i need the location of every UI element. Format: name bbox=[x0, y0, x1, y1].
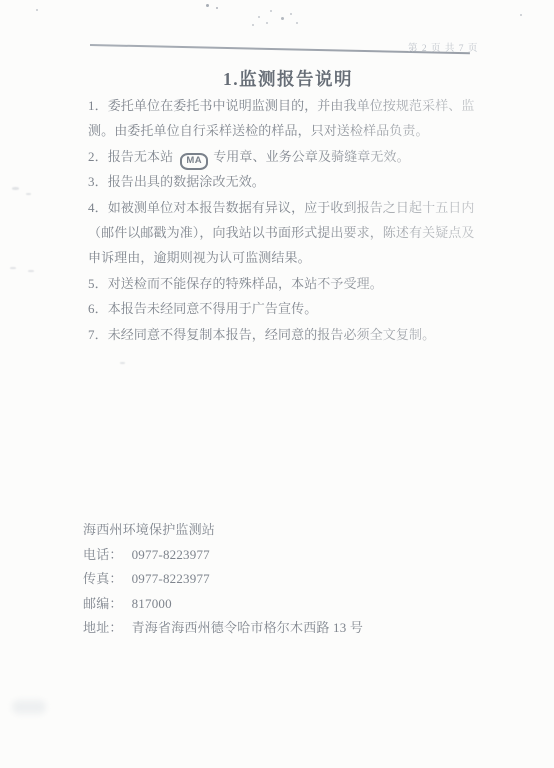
scan-speck bbox=[216, 7, 218, 9]
fax-label: 传真： bbox=[83, 571, 123, 586]
scanned-report-page: 第 2 页 共 7 页 1.监测报告说明 1．委托单位在委托书中说明监测目的，并… bbox=[0, 0, 554, 768]
scan-smudge bbox=[26, 193, 31, 195]
note-line: 申诉理由，逾期则视为认可监测结果。 bbox=[88, 245, 488, 270]
note-line: 测。由委托单位自行采样送检的样品，只对送检样品负责。 bbox=[88, 118, 488, 143]
report-notes-list: 1．委托单位在委托书中说明监测目的，并由我单位按规范采样、监 测。由委托单位自行… bbox=[88, 93, 488, 347]
scan-speck bbox=[290, 13, 292, 15]
note-line: 5．对送检而不能保存的特殊样品，本站不予受理。 bbox=[88, 271, 488, 296]
note-text-pre: 2．报告无本站 bbox=[88, 149, 173, 164]
fax-line: 传真：0977-8223977 bbox=[83, 567, 363, 592]
scan-speck bbox=[270, 10, 272, 12]
scan-speck bbox=[520, 14, 522, 16]
scan-speck bbox=[206, 4, 209, 7]
scan-smudge bbox=[10, 267, 16, 269]
postcode-value: 817000 bbox=[132, 596, 172, 611]
note-text-post: 专用章、业务公章及骑缝章无效。 bbox=[213, 149, 410, 164]
note-line: 3．报告出具的数据涂改无效。 bbox=[88, 169, 488, 194]
scan-shadow-patch bbox=[12, 700, 46, 714]
cma-mark-letters: MA bbox=[186, 155, 202, 166]
postcode-line: 邮编：817000 bbox=[83, 592, 363, 617]
contact-info: 海西州环境保护监测站 电话：0977-8223977 传真：0977-82239… bbox=[83, 518, 363, 641]
organization-name: 海西州环境保护监测站 bbox=[83, 518, 363, 543]
scan-speck bbox=[36, 9, 38, 11]
phone-line: 电话：0977-8223977 bbox=[83, 543, 363, 568]
phone-number: 0977-8223977 bbox=[132, 547, 210, 562]
scan-speck bbox=[281, 17, 284, 20]
note-line: （邮件以邮戳为准），向我站以书面形式提出要求，陈述有关疑点及 bbox=[88, 220, 488, 245]
fax-number: 0977-8223977 bbox=[132, 571, 210, 586]
scan-smudge bbox=[120, 362, 125, 364]
scan-smudge bbox=[28, 270, 34, 272]
note-line-with-cma-mark: 2．报告无本站MA专用章、业务公章及骑缝章无效。 bbox=[88, 144, 488, 169]
scan-speck bbox=[258, 16, 260, 18]
note-line: 6．本报告未经同意不得用于广告宣传。 bbox=[88, 296, 488, 321]
section-title: 1.监测报告说明 bbox=[11, 66, 554, 91]
scan-speck bbox=[296, 22, 298, 24]
address-value: 青海省海西州德令哈市格尔木西路 13 号 bbox=[132, 620, 364, 635]
phone-label: 电话： bbox=[83, 547, 123, 562]
address-line: 地址：青海省海西州德令哈市格尔木西路 13 号 bbox=[83, 616, 363, 641]
note-line: 7．未经同意不得复制本报告，经同意的报告必须全文复制。 bbox=[88, 322, 488, 347]
scan-smudge bbox=[12, 187, 19, 190]
postcode-label: 邮编： bbox=[83, 596, 123, 611]
page-number-indicator: 第 2 页 共 7 页 bbox=[408, 40, 538, 54]
scan-speck bbox=[266, 22, 268, 24]
cma-accreditation-icon: MA bbox=[180, 153, 208, 170]
note-line: 4．如被测单位对本报告数据有异议，应于收到报告之日起十五日内 bbox=[88, 195, 488, 220]
note-line: 1．委托单位在委托书中说明监测目的，并由我单位按规范采样、监 bbox=[88, 93, 488, 118]
scan-speck bbox=[252, 24, 254, 26]
address-label: 地址： bbox=[83, 620, 123, 635]
